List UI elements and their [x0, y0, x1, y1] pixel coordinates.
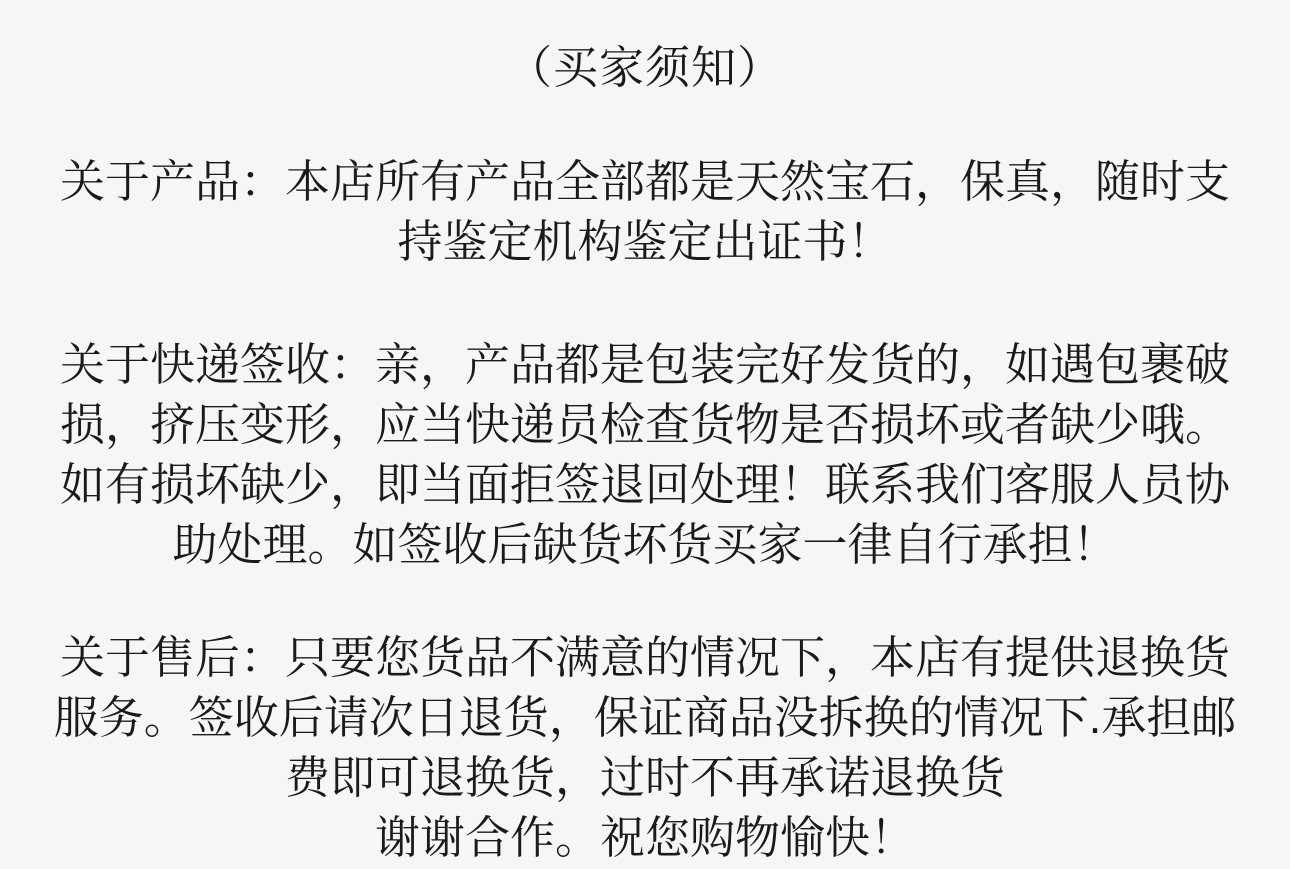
product-info-line-1: 关于产品：本店所有产品全部都是天然宝石，保真，随时支 [25, 152, 1265, 212]
buyer-notice-page: （买家须知） 关于产品：本店所有产品全部都是天然宝石，保真，随时支 持鉴定机构鉴… [0, 0, 1290, 869]
after-sale-line-1: 关于售后：只要您货品不满意的情况下，本店有提供退换货 [25, 628, 1265, 688]
section-delivery-signing: 关于快递签收：亲，产品都是包装完好发货的，如遇包裹破 损，挤压变形，应当快递员检… [25, 335, 1265, 575]
delivery-signing-line-1: 关于快递签收：亲，产品都是包装完好发货的，如遇包裹破 [25, 335, 1265, 395]
notice-title: （买家须知） [25, 38, 1265, 98]
delivery-signing-line-3: 如有损坏缺少，即当面拒签退回处理！联系我们客服人员协 [25, 455, 1265, 515]
section-product-info: 关于产品：本店所有产品全部都是天然宝石，保真，随时支 持鉴定机构鉴定出证书！ [25, 152, 1265, 272]
after-sale-line-2: 服务。签收后请次日退货，保证商品没拆换的情况下.承担邮 [25, 688, 1265, 748]
delivery-signing-line-4: 助处理。如签收后缺货坏货买家一律自行承担！ [25, 515, 1265, 575]
section-after-sale: 关于售后：只要您货品不满意的情况下，本店有提供退换货 服务。签收后请次日退货，保… [25, 628, 1265, 868]
after-sale-line-3: 费即可退换货，过时不再承诺退换货 [25, 748, 1265, 808]
product-info-line-2: 持鉴定机构鉴定出证书！ [25, 212, 1265, 272]
delivery-signing-line-2: 损，挤压变形，应当快递员检查货物是否损坏或者缺少哦。 [25, 395, 1265, 455]
after-sale-line-4: 谢谢合作。祝您购物愉快！ [25, 808, 1265, 868]
